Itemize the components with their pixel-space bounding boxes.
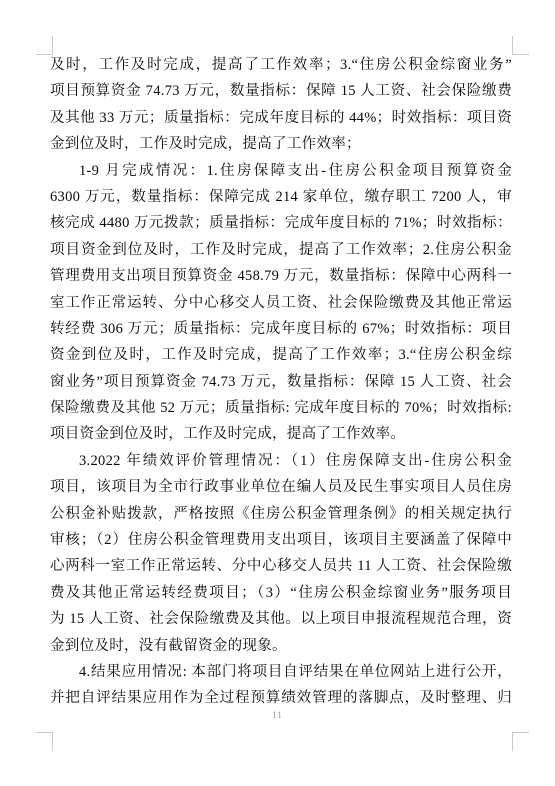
- text-line: 心两科一室工作正常运转、分中心移交人员共 11 人工资、社会保险缴: [50, 553, 512, 579]
- text-line: 室工作正常运转、分中心移交人员工资、社会保险缴费及其他正常运: [50, 290, 512, 316]
- text-line: 项目，该项目为全市行政事业单位在编人员及民生事实项目人员住房: [50, 474, 512, 500]
- document-body: 及时，工作及时完成，提高了工作效率；3.“住房公积金综窗业务”项目预算资金 74…: [50, 52, 512, 712]
- text-line: 窗业务”项目预算资金 74.73 万元，数量指标：保障 15 人工资、社会: [50, 369, 512, 395]
- text-line: 4.结果应用情况: 本部门将项目自评结果在单位网站上进行公开，: [50, 659, 512, 685]
- crop-mark-bottom-right: [512, 732, 529, 751]
- crop-mark-bottom-left: [36, 732, 53, 751]
- text-line: 资金到位及时，工作及时完成，提高了工作效率；3.“住房公积金综: [50, 342, 512, 368]
- text-line: 3.2022 年绩效评价管理情况：（1）住房保障支出-住房公积金: [50, 448, 512, 474]
- text-line: 为 15 人工资、社会保险缴费及其他。以上项目申报流程规范合理，资: [50, 606, 512, 632]
- text-line: 保险缴费及其他 52 万元；质量指标: 完成年度目标的 70%；时效指标:: [50, 395, 512, 421]
- text-line: 项目预算资金 74.73 万元，数量指标：保障 15 人工资、社会保险缴费: [50, 78, 512, 104]
- page-number: 11: [0, 710, 555, 720]
- text-line: 并把自评结果应用作为全过程预算绩效管理的落脚点，及时整理、归: [50, 685, 512, 711]
- document-page: 及时，工作及时完成，提高了工作效率；3.“住房公积金综窗业务”项目预算资金 74…: [0, 0, 555, 786]
- text-line: 审核；（2）住房公积金管理费用支出项目，该项目主要涵盖了保障中: [50, 527, 512, 553]
- text-line: 管理费用支出项目预算资金 458.79 万元，数量指标：保障中心两科一: [50, 263, 512, 289]
- text-line: 金到位及时，没有截留资金的现象。: [50, 633, 512, 659]
- text-line: 6300 万元，数量指标：保障完成 214 家单位，缴存职工 7200 人，审: [50, 184, 512, 210]
- text-line: 项目资金到位及时，工作及时完成，提高了工作效率；2.住房公积金: [50, 237, 512, 263]
- text-line: 费及其他正常运转经费项目；（3）“住房公积金综窗业务”服务项目: [50, 580, 512, 606]
- text-line: 1-9 月完成情况：1.住房保障支出-住房公积金项目预算资金: [50, 158, 512, 184]
- text-line: 金到位及时，工作及时完成，提高了工作效率；: [50, 131, 512, 157]
- text-line: 及其他 33 万元；质量指标：完成年度目标的 44%；时效指标：项目资: [50, 105, 512, 131]
- text-line: 核完成 4480 万元拨款；质量指标：完成年度目标的 71%；时效指标：: [50, 210, 512, 236]
- text-line: 公积金补贴拨款，严格按照《住房公积金管理条例》的相关规定执行: [50, 501, 512, 527]
- text-line: 及时，工作及时完成，提高了工作效率；3.“住房公积金综窗业务”: [50, 52, 512, 78]
- text-line: 项目资金到位及时，工作及时完成，提高了工作效率。: [50, 421, 512, 447]
- crop-mark-top-right: [512, 36, 529, 55]
- text-line: 转经费 306 万元；质量指标：完成年度目标的 67%；时效指标：项目: [50, 316, 512, 342]
